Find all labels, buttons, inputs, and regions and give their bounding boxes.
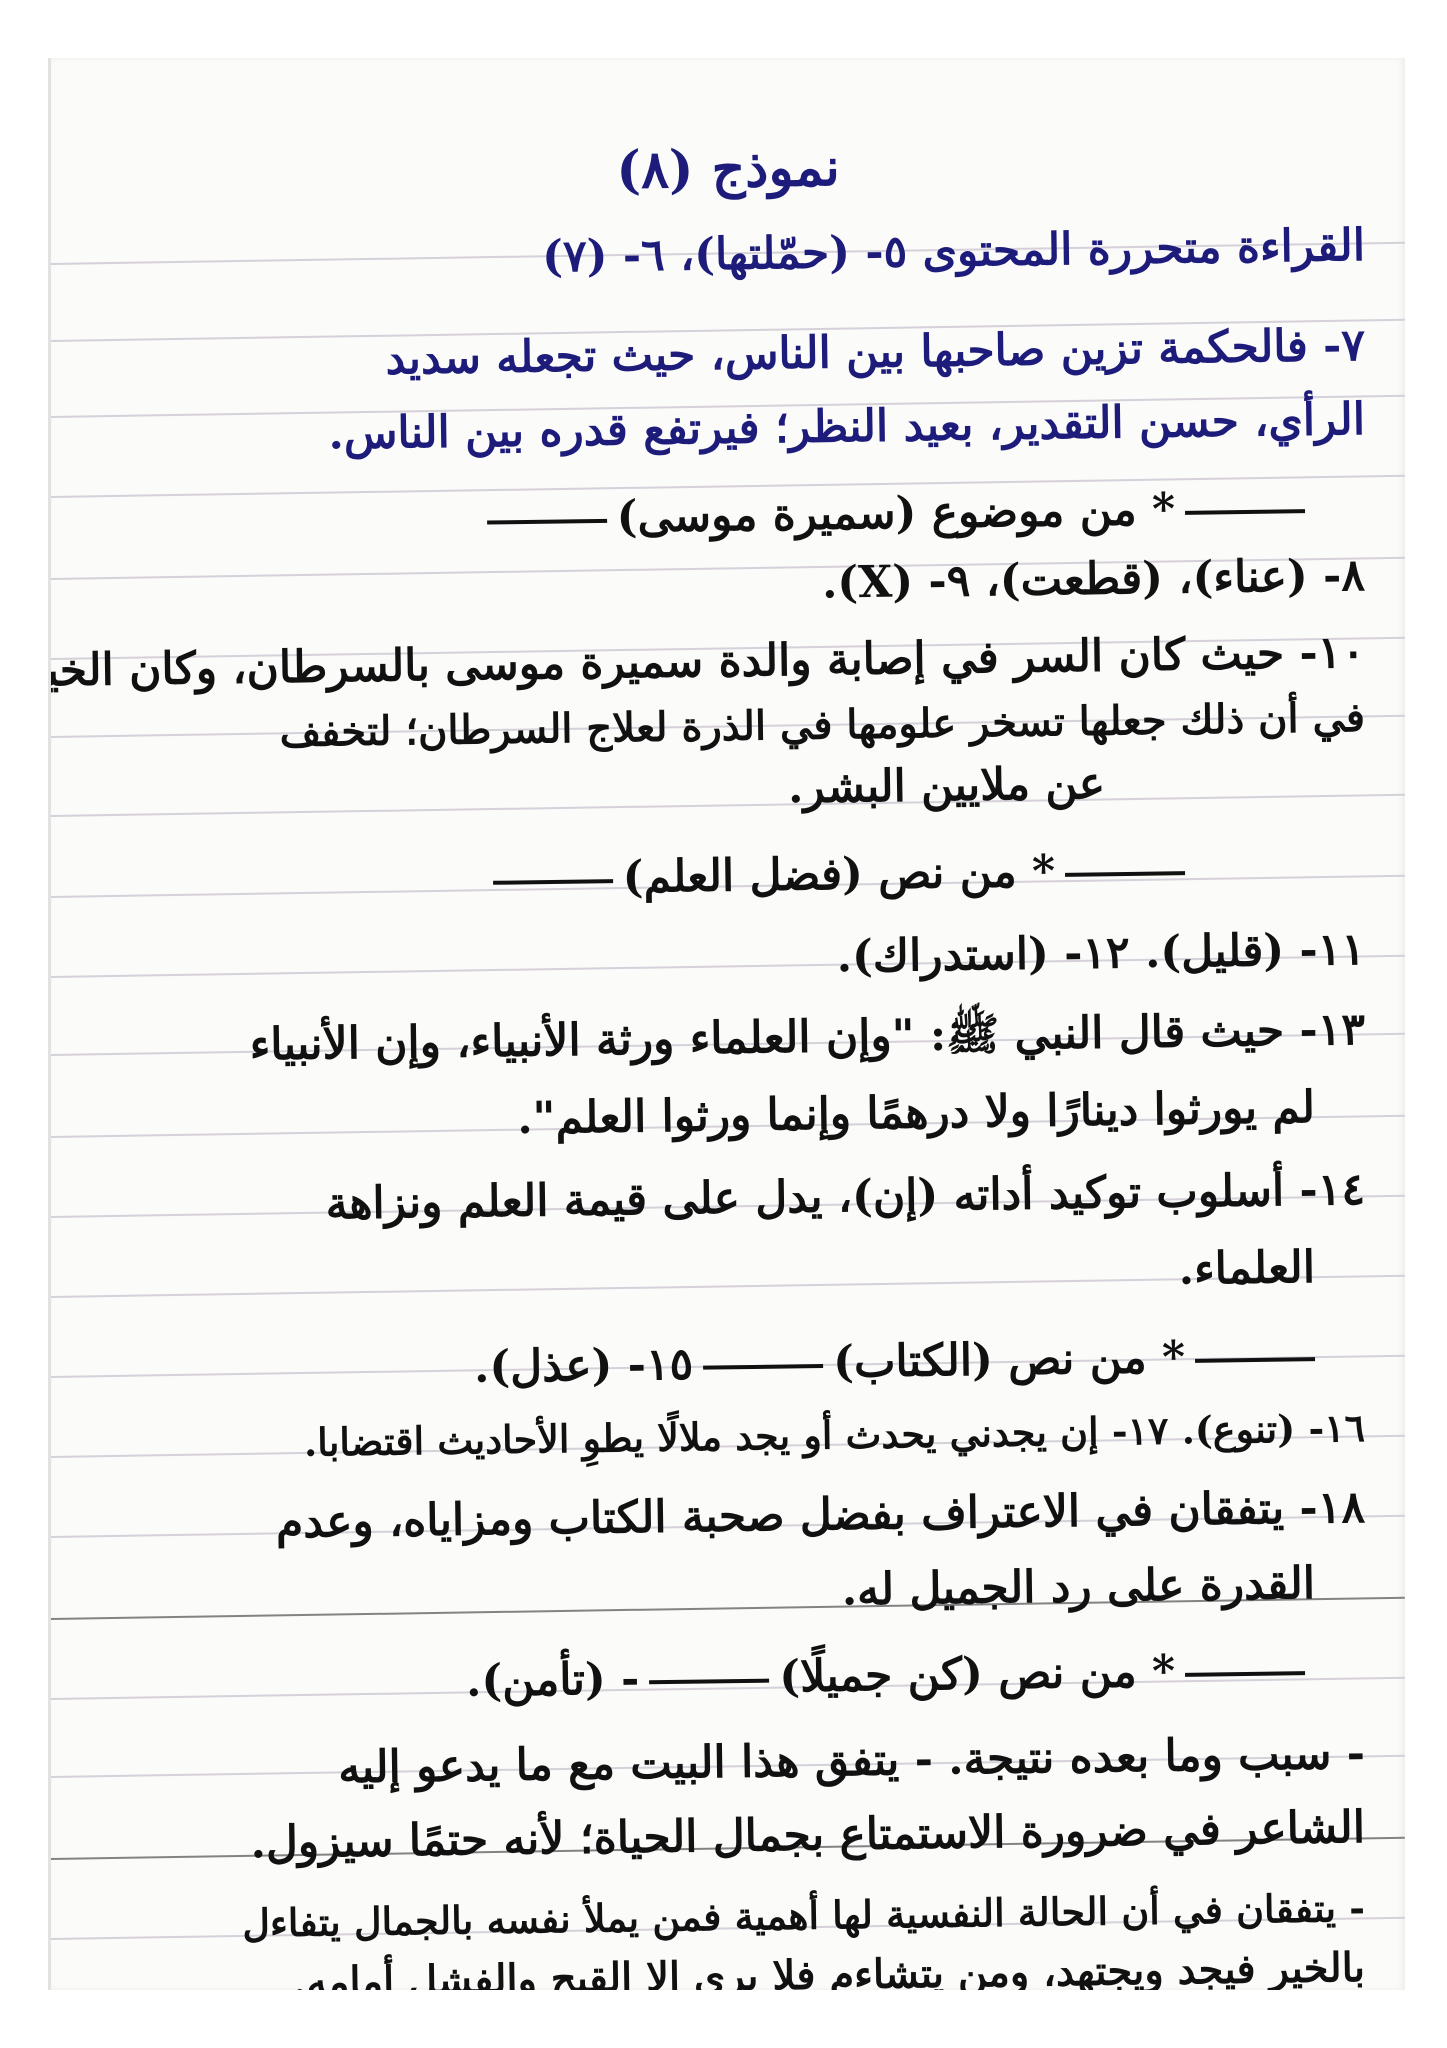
answer-line: ١٨- يتفقان في الاعتراف بفضل صحبة الكتاب …: [81, 1478, 1366, 1556]
answer-line: ١٠- حيث كان السر في إصابة والدة سميرة مو…: [81, 623, 1366, 701]
answer-line: ١٣- حيث قال النبي ﷺ: "وإن العلماء ورثة ا…: [81, 1000, 1366, 1078]
separator-dash: [487, 518, 607, 524]
page-title: نموذج (٨): [51, 130, 1405, 209]
section-header-text: * من موضوع (سميرة موسى): [616, 484, 1175, 543]
answer-line: ٨- (عناء)، (قطعت)، ٩- (X).: [81, 546, 1366, 624]
answer-line: عن ملايين البشر.: [81, 754, 1106, 828]
separator-dash: [1195, 1357, 1315, 1363]
separator-dash: [1185, 1671, 1305, 1677]
answer-line: ١٦- (تنوع). ١٧- إن يجدني يحدث أو يجد ملا…: [81, 1398, 1366, 1476]
section-header-text: * من نص (فضل العلم): [622, 846, 1055, 903]
answer-line: ١١- (قليل). ١٢- (استدراك).: [81, 920, 1366, 998]
separator-dash: [1065, 871, 1185, 877]
separator-dash: [703, 1364, 823, 1370]
separator-dash: [649, 1678, 769, 1684]
section-header: * من نص (الكتاب)١٥- (عذل).: [81, 1326, 1326, 1403]
answer-line: ١٤- أسلوب توكيد أداته (إن)، يدل على قيمة…: [81, 1160, 1366, 1238]
answer-line: القراءة متحررة المحتوى ٥- (حمّلتها)، ٦- …: [81, 216, 1366, 294]
answer-line: - سبب وما بعده نتيجة. - يتفق هذا البيت م…: [81, 1724, 1366, 1802]
answer-line: لم يورثوا دينارًا ولا درهمًا وإنما ورثوا…: [81, 1078, 1316, 1155]
notebook-page: نموذج (٨) القراءة متحررة المحتوى ٥- (حمّ…: [48, 58, 1405, 1990]
section-header: * من نص (كن جميلًا)- (تأمن).: [81, 1640, 1316, 1717]
separator-dash: [493, 879, 613, 885]
answer-inline: ١٥- (عذل).: [474, 1339, 694, 1393]
section-header-text: * من نص (الكتاب): [833, 1332, 1186, 1388]
answer-line: الشاعر في ضرورة الاستمتاع بجمال الحياة؛ …: [81, 1798, 1366, 1876]
answer-line: العلماء.: [81, 1238, 1316, 1315]
section-header-text: * من نص (كن جميلًا): [779, 1646, 1175, 1703]
answer-line: الرأي، حسن التقدير، بعيد النظر؛ فيرتفع ق…: [81, 390, 1366, 468]
section-header: * من موضوع (سميرة موسى): [81, 478, 1316, 555]
answer-line: القدرة على رد الجميل له.: [81, 1554, 1316, 1631]
separator-dash: [1185, 509, 1305, 515]
answer-inline: - (تأمن).: [466, 1653, 640, 1706]
answer-line: ٧- فالحكمة تزين صاحبها بين الناس، حيث تج…: [81, 316, 1366, 394]
section-header: * من نص (فضل العلم): [81, 840, 1196, 916]
answer-line: في أن ذلك جعلها تسخر علومها في الذرة لعل…: [81, 688, 1366, 766]
